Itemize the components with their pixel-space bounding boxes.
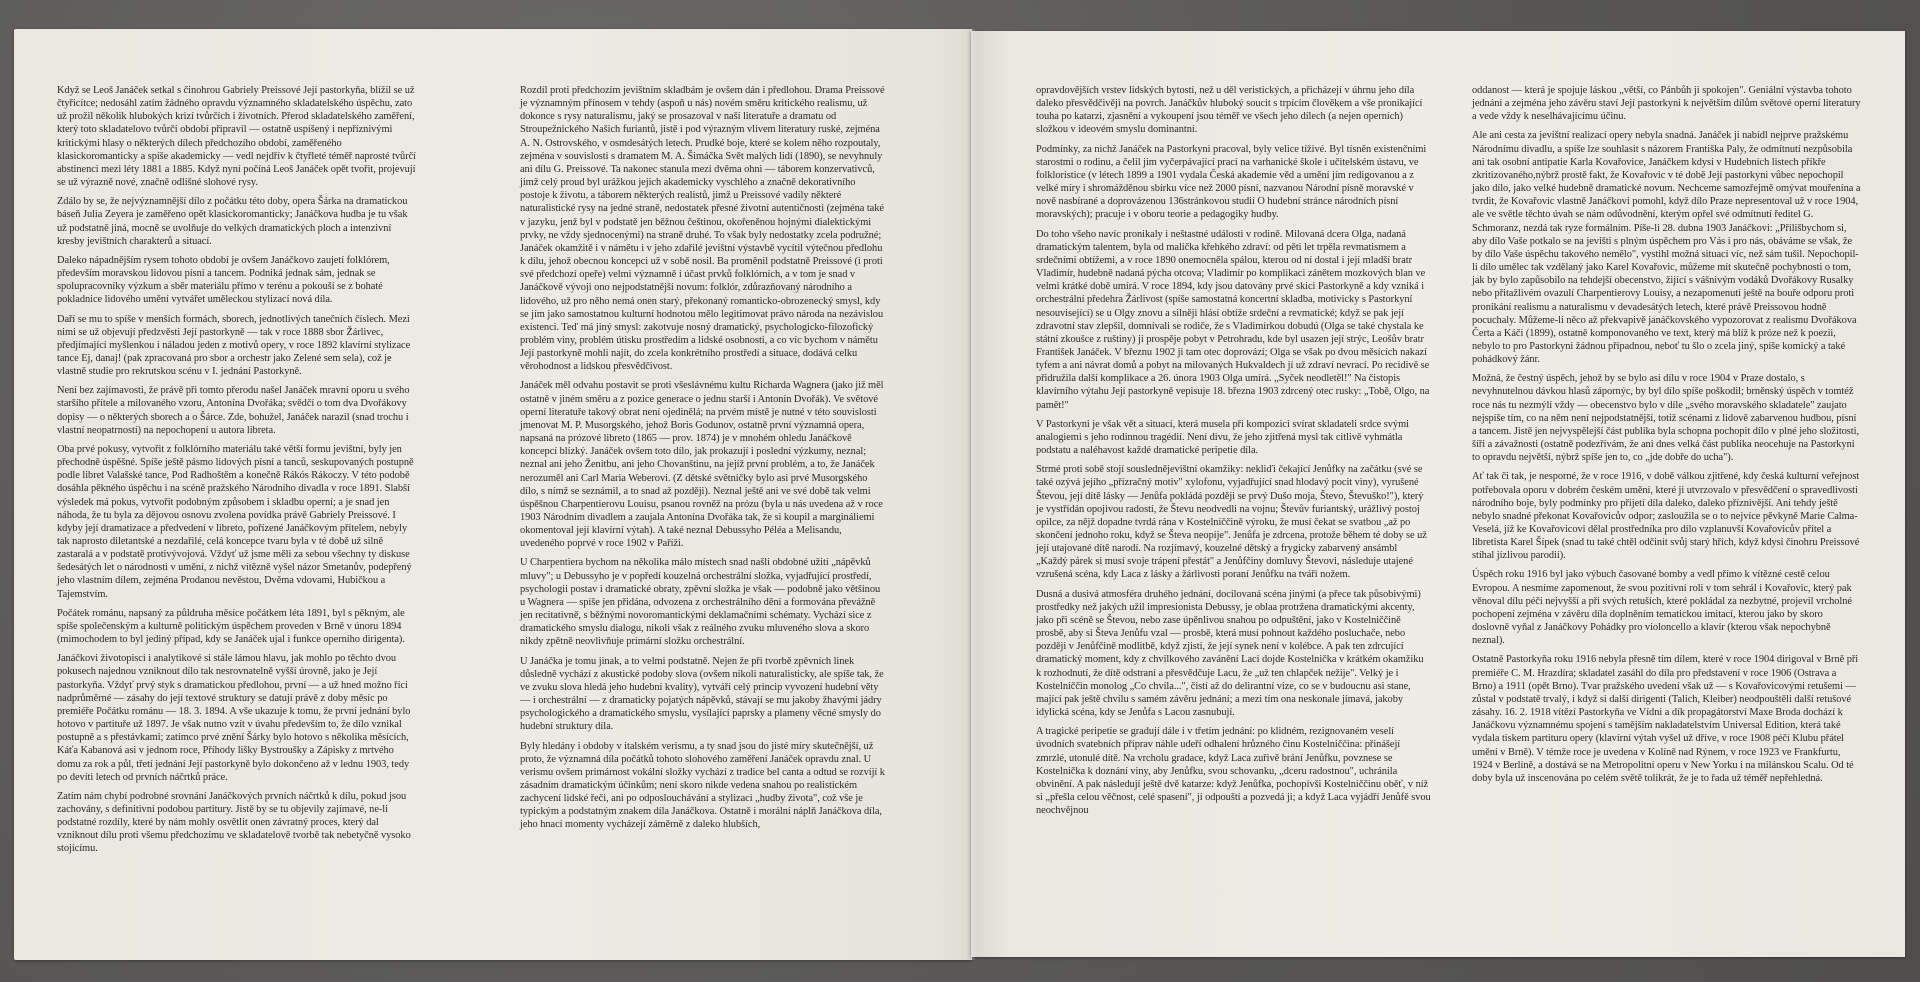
paragraph: Ostatně Pastorkyňa roku 1916 nebyla přes… [1472,653,1862,785]
paragraph: Podmínky, za nichž Janáček na Pastorkyni… [1036,143,1431,222]
paragraph: Strmé proti sobě stojí souslednějevištní… [1036,463,1431,581]
text-column-3: opravdovějších vrstev lidských bytostí, … [1036,84,1431,823]
paragraph: oddanost — která je spojuje láskou „větš… [1472,84,1862,123]
paragraph: Není bez zajímavosti, že právě při tomto… [57,384,417,437]
paragraph: Když se Leoš Janáček setkal s činohrou G… [57,84,417,189]
page-fold [966,29,976,960]
paragraph: Daří se mu to spíše v menších formách, s… [57,313,417,379]
paragraph: Do toho všeho navíc pronikaly i neštastn… [1036,228,1431,412]
paragraph: Ale ani cesta za jevištní realizací oper… [1472,129,1862,366]
paragraph: U Charpentiera bychom na několika málo m… [520,556,885,648]
paragraph: Zatím nám chybí podrobné srovnání Janáčk… [57,790,417,856]
paragraph: Janáčkovi životopisci i analytikové si s… [57,652,417,784]
paragraph: Zdálo by se, že nejvýznamnější dílo z po… [57,195,417,248]
paragraph: Janáček měl odvahu postavit se proti vše… [520,379,885,550]
paragraph: Úspěch roku 1916 byl jako výbuch časovan… [1472,568,1862,647]
paragraph: A tragické peripetie se gradují dále i v… [1036,725,1431,817]
text-column-2: Rozdíl proti předchozím jevištním skladb… [520,84,885,838]
paragraph: Ať tak či tak, je nesporné, že v roce 19… [1472,470,1862,562]
paragraph: Dusná a dusivá atmosféra druhého jednání… [1036,588,1431,720]
paragraph: Počátek románu, napsaný za půldruha měsí… [57,607,417,646]
paragraph: Možná, že čestný úspěch, jehož by se byl… [1472,372,1862,464]
paragraph: Rozdíl proti předchozím jevištním skladb… [520,84,885,373]
text-column-1: Když se Leoš Janáček setkal s činohrou G… [57,84,417,862]
paragraph: Oba prvé pokusy, vytvořit z folklórního … [57,443,417,601]
paragraph: Daleko nápadnějším rysem tohoto období j… [57,254,417,307]
paragraph: Byly hledány i obdoby v italském verismu… [520,740,885,832]
text-column-4: oddanost — která je spojuje láskou „větš… [1472,84,1862,791]
paragraph: opravdovějších vrstev lidských bytostí, … [1036,84,1431,137]
paragraph: U Janáčka je tomu jinak, a to velmi pods… [520,655,885,734]
paragraph: V Pastorkyni je však vět a situací, kter… [1036,418,1431,457]
